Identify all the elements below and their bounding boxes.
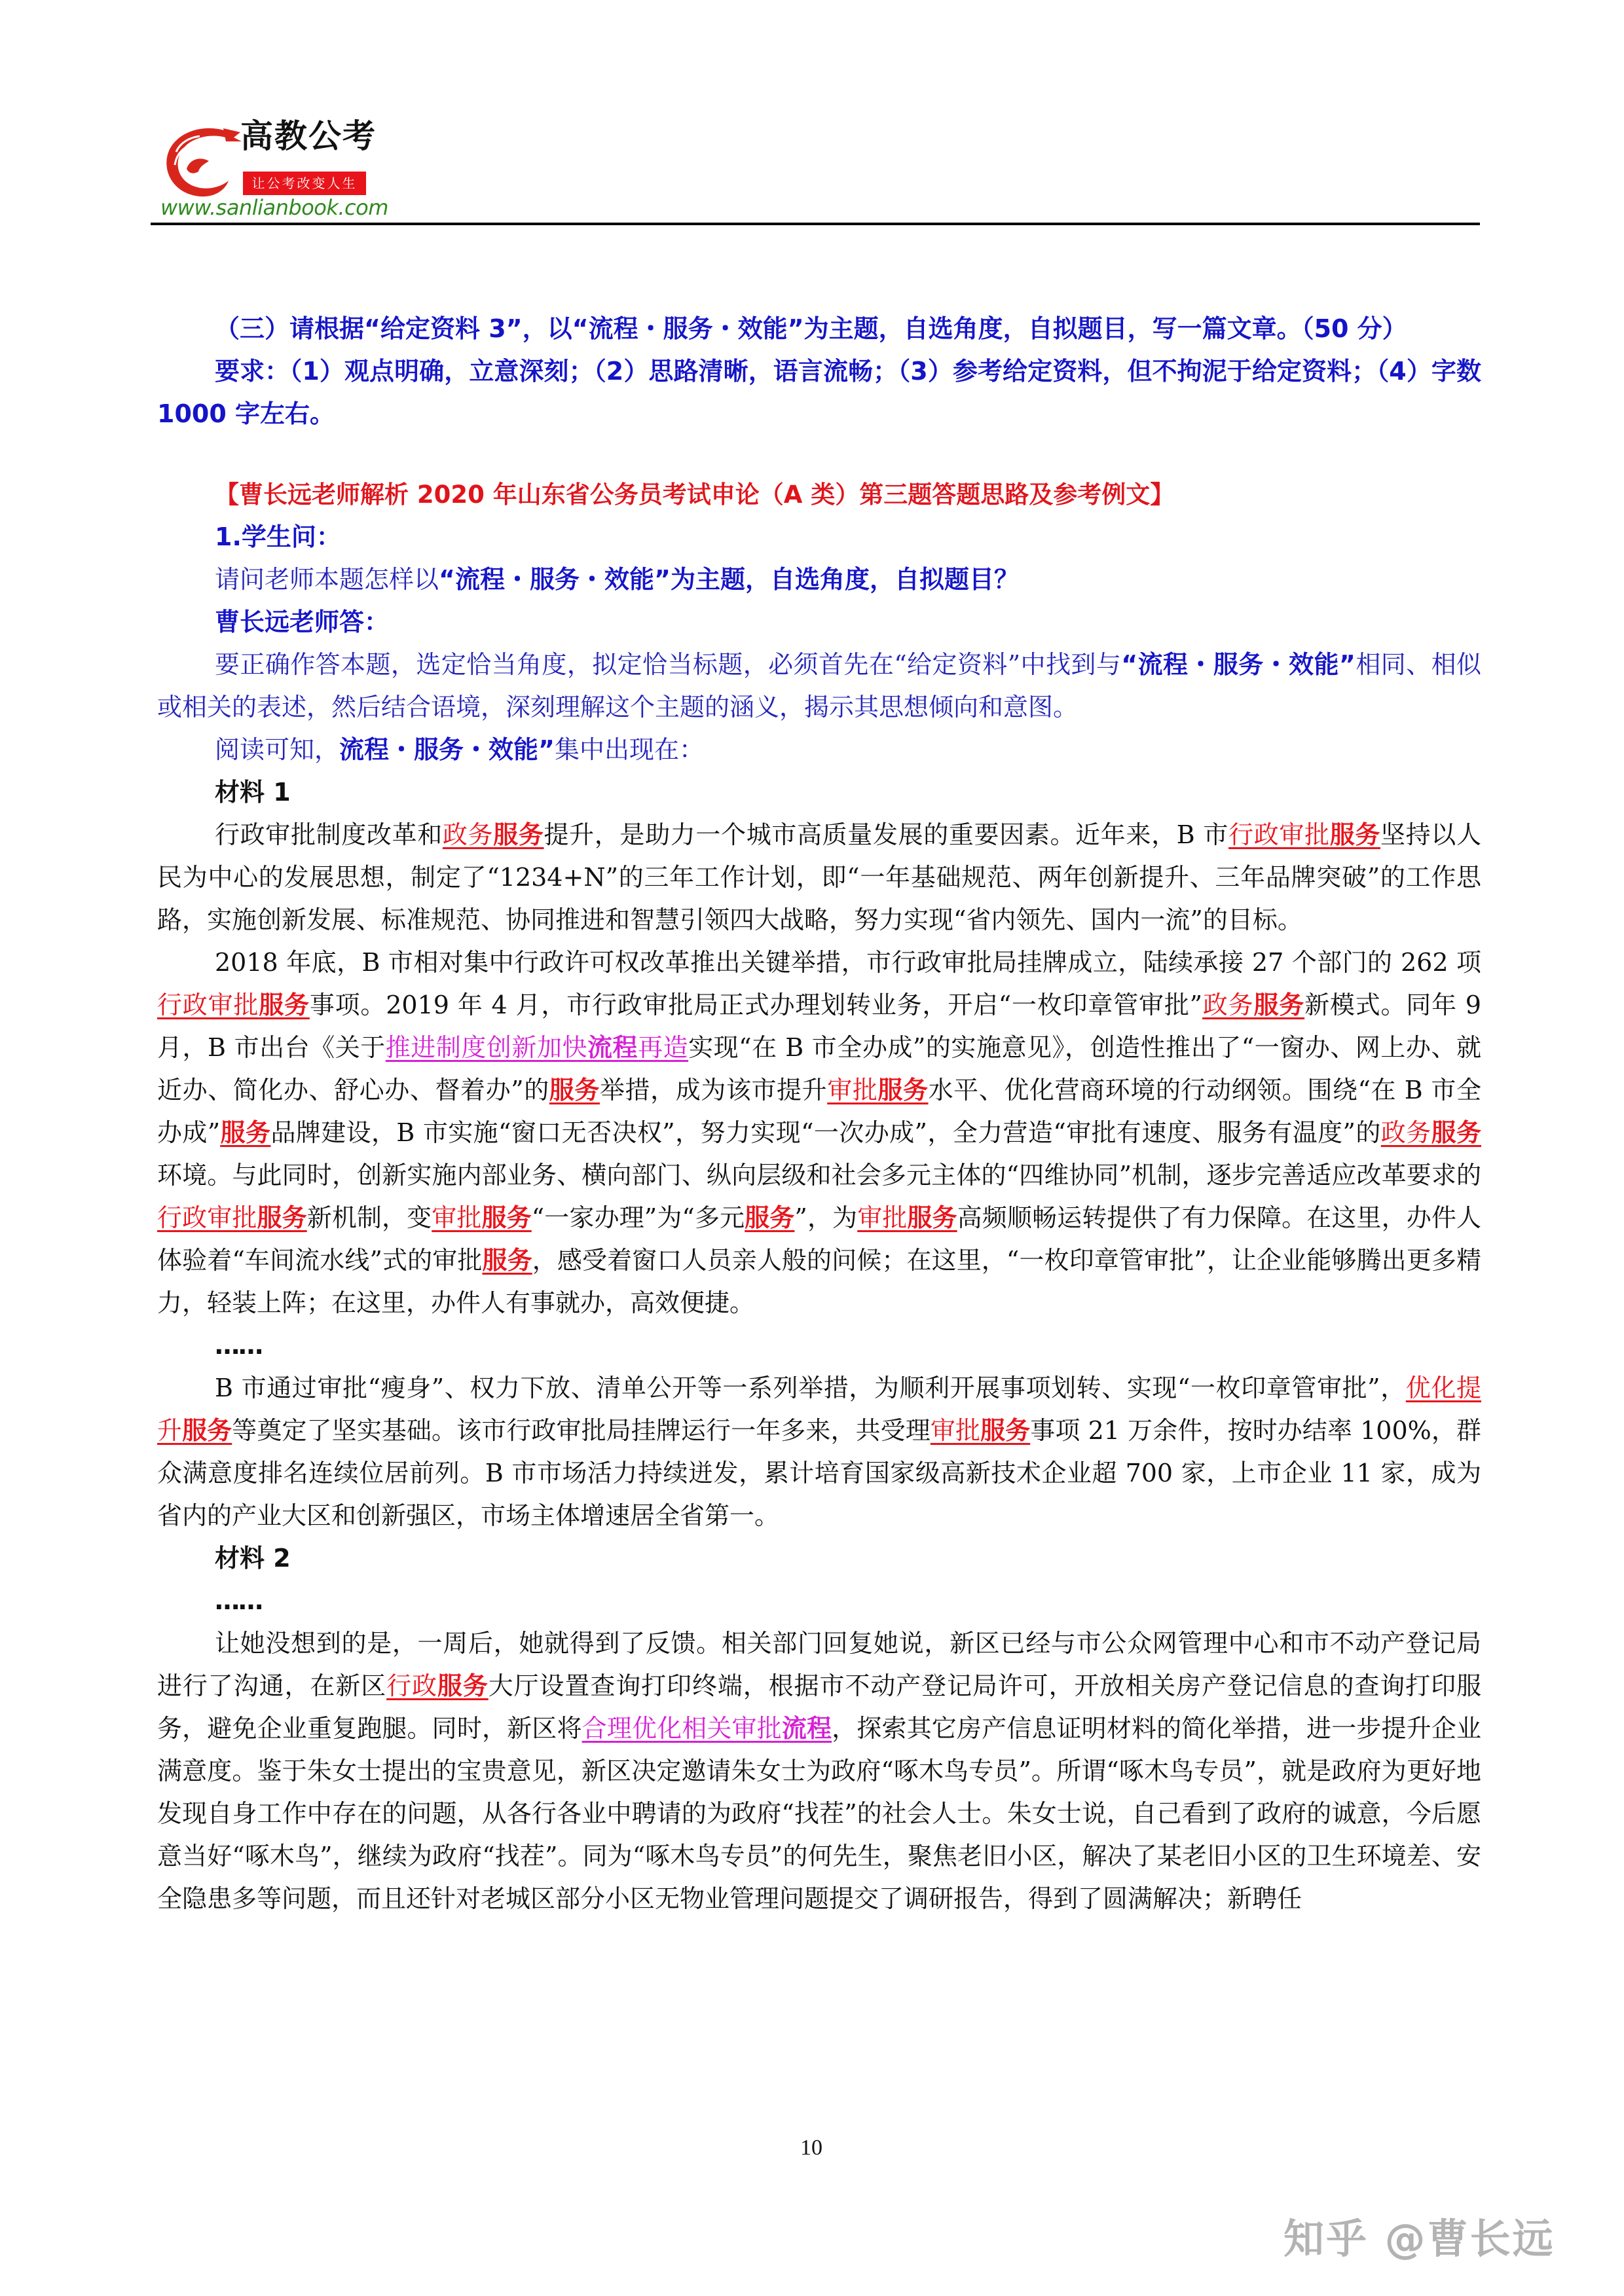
document-body: （三）请根据“给定资料 3”，以“流程・服务・效能”为主题，自选角度，自拟题目，… <box>157 308 1481 1920</box>
publisher-logo: 高教公考 让公考改变人生 www.sanlianbook.com <box>160 110 396 221</box>
body-text: 2018 年底，B 市相对集中行政许可权改革推出关键举措，市行政审批局挂牌成立，… <box>215 948 1481 977</box>
body-text: 品牌建设，B 市实施“窗口无否决权”，努力实现“一次办成”，全力营造“审批有速度… <box>270 1118 1380 1147</box>
highlight-service: 行政审批服务 <box>1228 820 1380 849</box>
brand-name: 高教公考 <box>240 120 377 153</box>
body-text: 环境。与此同时，创新实施内部业务、横向部门、纵向层级和社会多元主体的“四维协同”… <box>157 1161 1481 1190</box>
brand-slogan: 让公考改变人生 <box>243 172 366 195</box>
highlight-service: 行政服务 <box>386 1671 489 1700</box>
highlight-service: 政务服务 <box>443 820 544 849</box>
body-text: 新机制，变 <box>307 1203 432 1232</box>
material-1-heading: 材料 1 <box>157 771 1481 814</box>
highlight-service: 服务 <box>482 1246 532 1275</box>
student-label: 1.学生问： <box>157 516 1481 558</box>
material-2-paragraph-1: 让她没想到的是，一周后，她就得到了反馈。相关部门回复她说，新区已经与市公众网管理… <box>157 1622 1481 1920</box>
analysis-title: 【曹长远老师解析 2020 年山东省公务员考试申论（A 类）第三题答题思路及参考… <box>157 473 1481 516</box>
highlight-service: 行政审批服务 <box>157 991 310 1019</box>
teacher-answer-2: 阅读可知，流程・服务・效能”集中出现在： <box>157 729 1481 771</box>
highlight-process: 合理优化相关审批流程 <box>582 1714 832 1743</box>
zhihu-watermark: 知乎 @曹长远 <box>1283 2206 1555 2265</box>
body-text: 提升，是助力一个城市高质量发展的重要因素。近年来，B 市 <box>544 820 1228 849</box>
answer-text: 阅读可知， <box>215 735 339 764</box>
highlight-service: 行政审批服务 <box>157 1203 307 1232</box>
highlight-service: 服务 <box>549 1076 600 1104</box>
material-1-paragraph-2: 2018 年底，B 市相对集中行政许可权改革推出关键举措，市行政审批局挂牌成立，… <box>157 941 1481 1324</box>
highlight-service: 服务 <box>745 1203 794 1232</box>
highlight-service: 审批服务 <box>827 1076 928 1104</box>
highlight-service: 审批服务 <box>432 1203 531 1232</box>
teacher-answer-1: 要正确作答本题，选定恰当角度，拟定恰当标题，必须首先在“给定资料”中找到与“流程… <box>157 644 1481 729</box>
body-text: 事项。2019 年 4 月，市行政审批局正式办理划转业务，开启“一枚印章管审批” <box>310 991 1202 1019</box>
ellipsis: …… <box>157 1324 1481 1367</box>
page-number: 10 <box>800 2136 822 2160</box>
student-question-bold: “流程・服务・效能”为主题，自选角度，自拟题目？ <box>439 565 1019 594</box>
body-text: 行政审批制度改革和 <box>215 820 443 849</box>
question-block: （三）请根据“给定资料 3”，以“流程・服务・效能”为主题，自选角度，自拟题目，… <box>157 308 1481 435</box>
body-text: 等奠定了坚实基础。该市行政审批局挂牌运行一年多来，共受理 <box>232 1416 931 1445</box>
ellipsis: …… <box>157 1580 1481 1622</box>
answer-text: 要正确作答本题，选定恰当角度，拟定恰当标题，必须首先在“给定资料”中找到与 <box>215 650 1121 679</box>
highlight-process: 推进制度创新加快流程再造 <box>386 1033 688 1062</box>
question-requirements: 要求：（1）观点明确，立意深刻；（2）思路清晰，语言流畅；（3）参考给定资料，但… <box>157 350 1481 435</box>
body-text: 举措，成为该市提升 <box>600 1076 827 1104</box>
teacher-label: 曹长远老师答： <box>157 601 1481 644</box>
student-question: 请问老师本题怎样以“流程・服务・效能”为主题，自选角度，自拟题目？ <box>157 558 1481 601</box>
highlight-service: 审批服务 <box>931 1416 1030 1445</box>
highlight-service: 审批服务 <box>857 1203 957 1232</box>
body-text: ”，为 <box>794 1203 857 1232</box>
body-text: “一家办理”为“多元 <box>532 1203 745 1232</box>
answer-theme: 流程・服务・效能” <box>339 735 555 764</box>
header-divider <box>151 223 1480 225</box>
answer-theme: “流程・服务・效能” <box>1121 650 1356 679</box>
material-1-paragraph-1: 行政审批制度改革和政务服务提升，是助力一个城市高质量发展的重要因素。近年来，B … <box>157 814 1481 941</box>
student-question-plain: 请问老师本题怎样以 <box>215 565 439 594</box>
dragon-logo-icon <box>160 123 246 202</box>
question-prompt: （三）请根据“给定资料 3”，以“流程・服务・效能”为主题，自选角度，自拟题目，… <box>157 308 1481 350</box>
material-2-heading: 材料 2 <box>157 1537 1481 1580</box>
highlight-service: 政务服务 <box>1202 991 1304 1019</box>
material-1-paragraph-3: B 市通过审批“瘦身”、权力下放、清单公开等一系列举措，为顺利开展事项划转、实现… <box>157 1367 1481 1537</box>
body-text: B 市通过审批“瘦身”、权力下放、清单公开等一系列举措，为顺利开展事项划转、实现… <box>215 1374 1406 1402</box>
highlight-service: 政务服务 <box>1381 1118 1481 1147</box>
highlight-service: 服务 <box>220 1118 270 1147</box>
body-text: ，探索其它房产信息证明材料的简化举措，进一步提升企业满意度。鉴于朱女士提出的宝贵… <box>157 1714 1481 1913</box>
answer-text: 集中出现在： <box>555 735 704 764</box>
site-url: www.sanlianbook.com <box>160 195 388 220</box>
